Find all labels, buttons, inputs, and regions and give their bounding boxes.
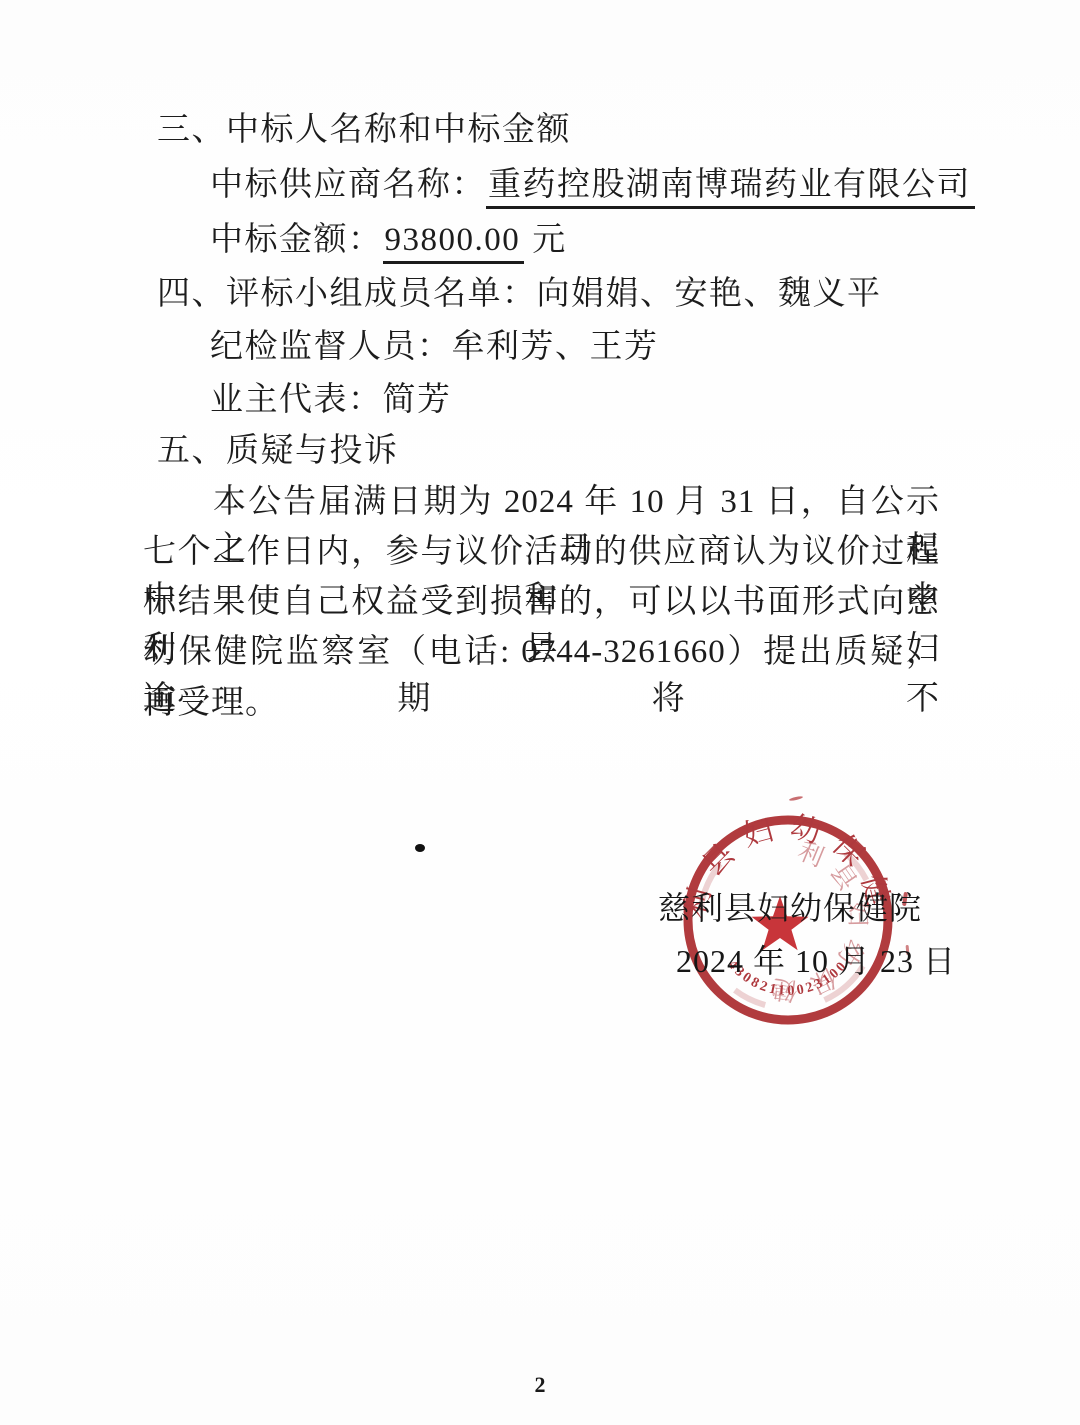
- section-3-heading: 三、中标人名称和中标金额: [157, 103, 571, 150]
- supplier-line: 中标供应商名称：重药控股湖南博瑞药业有限公司: [210, 158, 975, 205]
- amount-unit: 元: [532, 222, 567, 258]
- section-4-heading: 四、评标小组成员名单：向娟娟、安艳、魏义平: [157, 267, 882, 314]
- supervisors-line: 纪检监督人员：牟利芳、王芳: [210, 320, 659, 367]
- amount-label: 中标金额：: [210, 222, 383, 258]
- page-number: 2: [0, 1372, 1080, 1398]
- amount-value-underlined: 93800.00: [383, 222, 525, 264]
- notice-paragraph-line: 再受理。: [143, 676, 940, 723]
- section-5-heading: 五、质疑与投诉: [157, 424, 399, 471]
- ink-dot: [415, 844, 425, 852]
- owner-rep-line: 业主代表：简芳: [210, 373, 452, 420]
- supplier-label: 中标供应商名称：: [210, 167, 486, 203]
- signature-date: 2024 年 10 月 23 日: [676, 936, 956, 982]
- amount-line: 中标金额：93800.00元: [210, 213, 567, 260]
- supplier-name-underlined: 重药控股湖南博瑞药业有限公司: [486, 167, 975, 209]
- signature-organization: 慈利县妇幼保健院: [658, 883, 922, 929]
